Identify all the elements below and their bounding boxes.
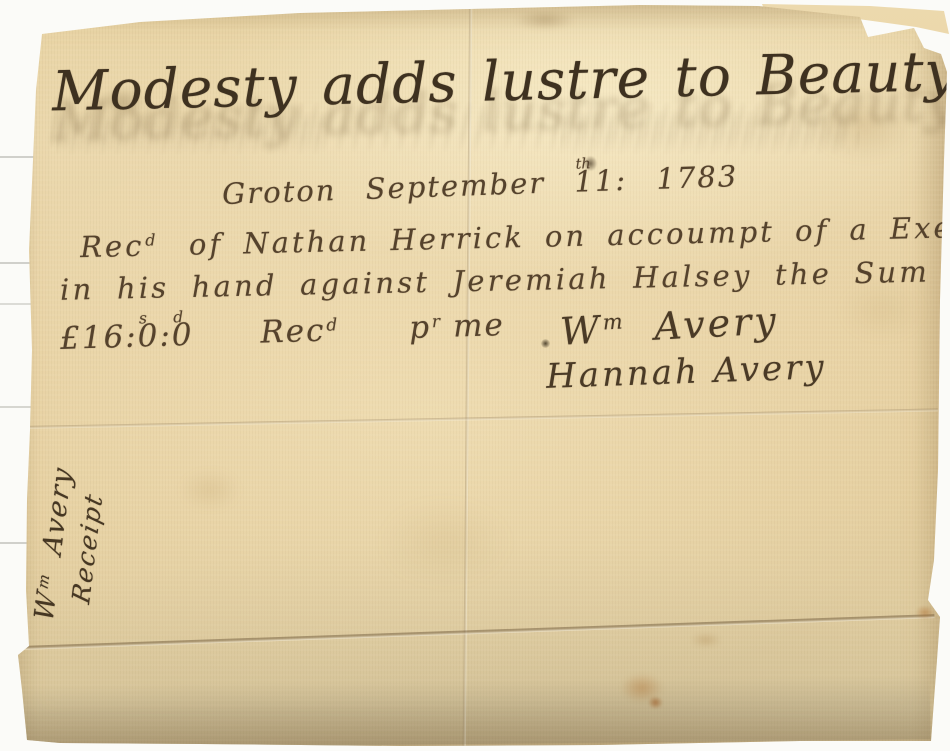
- foxing-stain: [380, 500, 510, 585]
- foxing-stain: [180, 470, 240, 510]
- foxing-stain: [648, 696, 663, 709]
- received-abbrev: Recd: [260, 312, 340, 350]
- day-ordinal: th: [575, 156, 591, 173]
- amount-pence: 0d: [171, 317, 194, 354]
- amount-pounds: £16:: [60, 319, 139, 357]
- superscript-d: d: [145, 231, 159, 250]
- amount-shillings: 0s: [137, 318, 160, 355]
- receipt-document: Modesty adds lustre to Beauty Groton Sep…: [0, 0, 950, 751]
- bottom-fold-shading: [22, 675, 931, 749]
- foxing-stain: [915, 605, 935, 620]
- day-number: 11:th: [574, 163, 628, 199]
- backing-sheet-line: [0, 542, 30, 544]
- month-name: September: [365, 166, 546, 206]
- ink-dot: [541, 339, 550, 348]
- foxing-stain: [690, 632, 722, 648]
- ink-smear: [515, 10, 575, 30]
- scan-background: Modesty adds lustre to Beauty Groton Sep…: [0, 0, 950, 751]
- docket-name-line: Wm Avery: [29, 463, 78, 625]
- superscript-m: m: [602, 310, 626, 335]
- quill-practice-smudges: [560, 108, 850, 156]
- per-me: prme: [409, 307, 506, 346]
- place-name: Groton: [222, 173, 337, 211]
- year-number: 1783: [656, 159, 739, 196]
